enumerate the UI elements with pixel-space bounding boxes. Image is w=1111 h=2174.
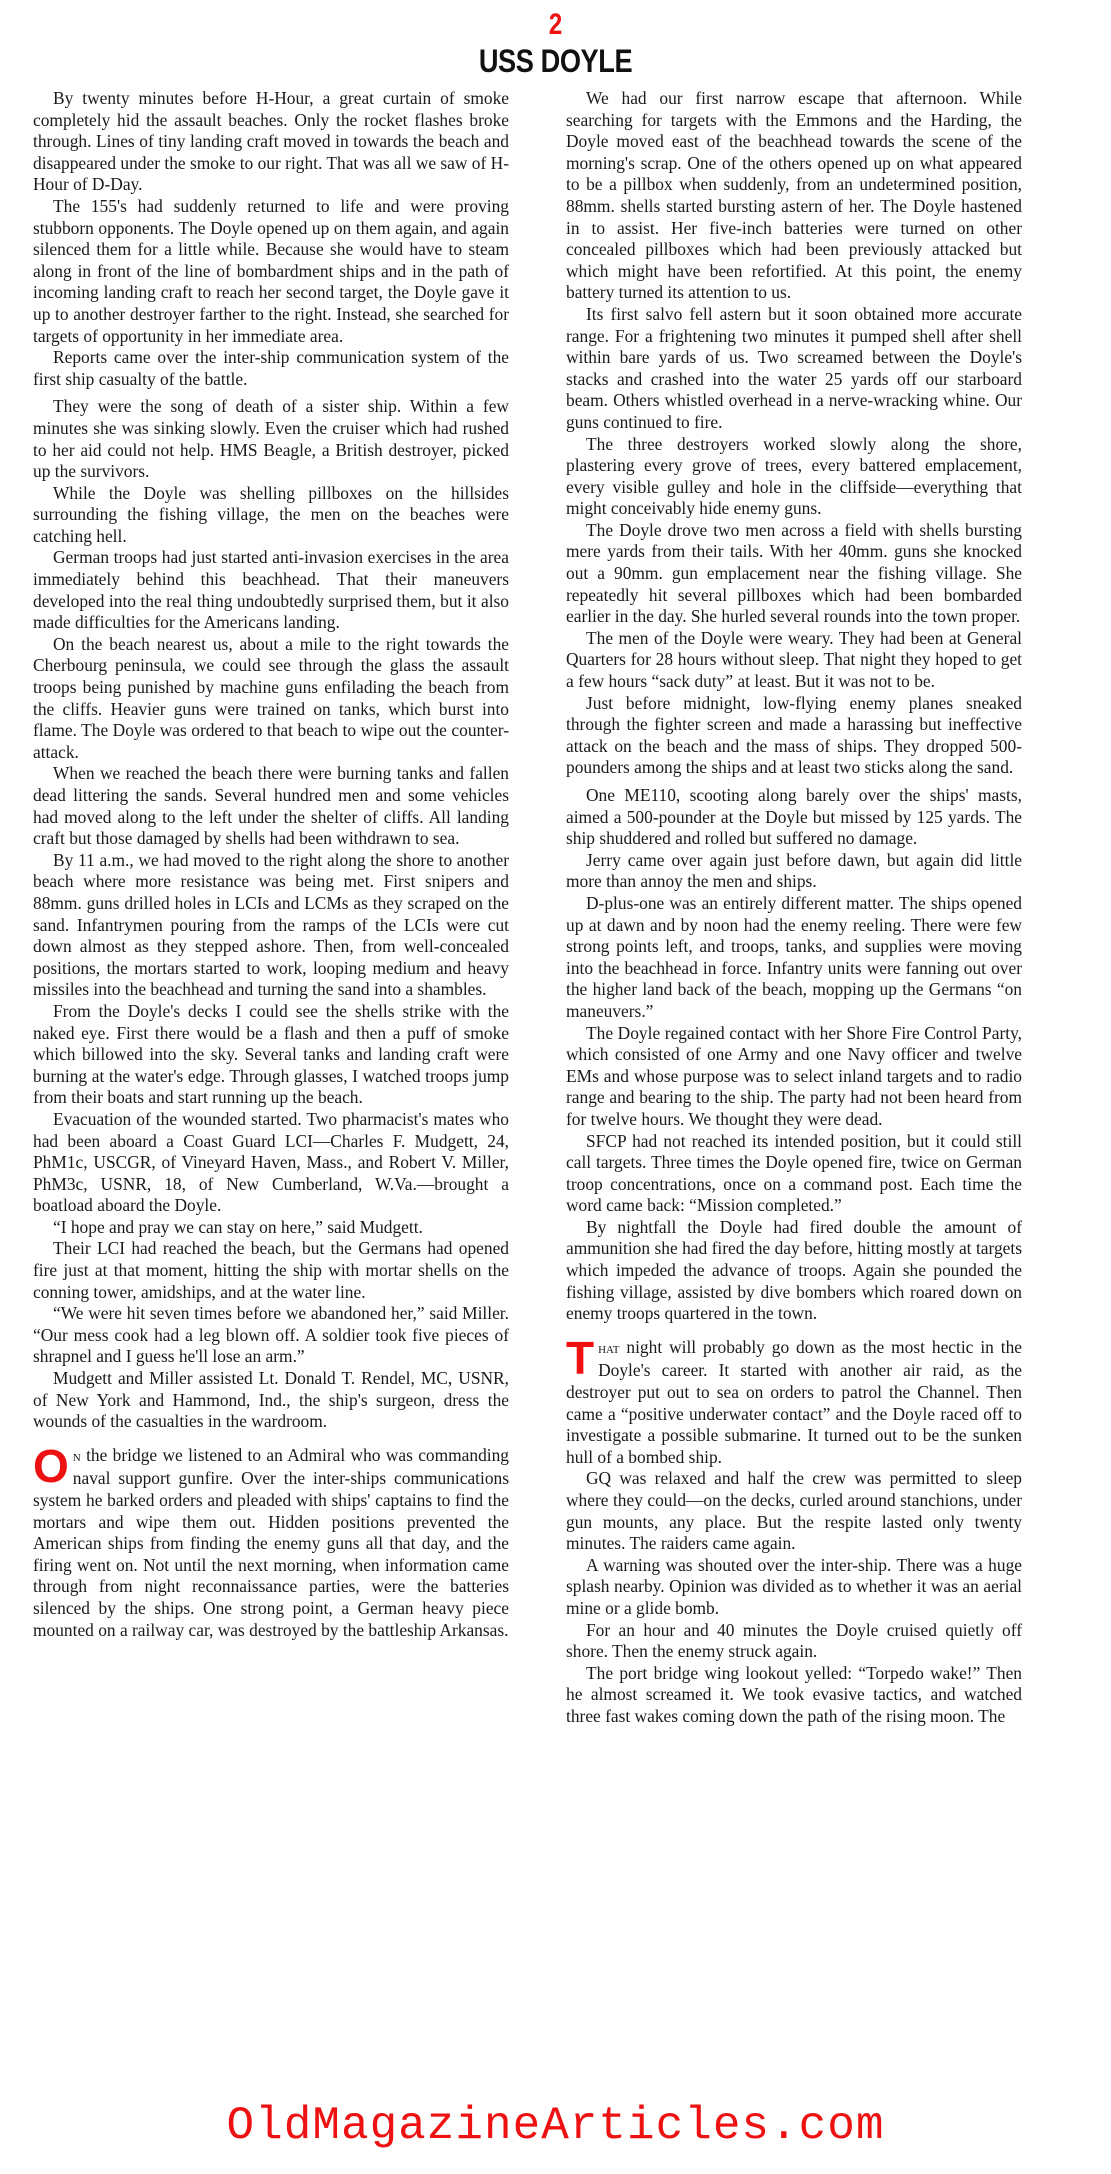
paragraph: A warning was shouted over the inter-shi… [566, 1555, 1022, 1620]
dropcap-letter: T [566, 1339, 594, 1377]
left-column: By twenty minutes before H-Hour, a great… [33, 88, 509, 1641]
paragraph: The three destroyers worked slowly along… [566, 434, 1022, 520]
section-paragraph: THAT night will probably go down as the … [566, 1337, 1022, 1469]
footer-brand-logo: OldMagazineArticles.com [0, 2100, 1111, 2152]
paragraph: Jerry came over again just before dawn, … [566, 850, 1022, 893]
paragraph: The men of the Doyle were weary. They ha… [566, 628, 1022, 693]
paragraph: Just before midnight, low-flying enemy p… [566, 693, 1022, 779]
paragraph: One ME110, scooting along barely over th… [566, 785, 1022, 850]
paragraph: They were the song of death of a sister … [33, 396, 509, 482]
paragraph: Their LCI had reached the beach, but the… [33, 1238, 509, 1303]
paragraph: “I hope and pray we can stay on here,” s… [33, 1217, 509, 1239]
paragraph: SFCP had not reached its intended positi… [566, 1131, 1022, 1217]
paragraph: While the Doyle was shelling pillboxes o… [33, 483, 509, 548]
paragraph: Its first salvo fell astern but it soon … [566, 304, 1022, 434]
dropcap-letter: O [33, 1447, 69, 1485]
paragraph: The Doyle regained contact with her Shor… [566, 1023, 1022, 1131]
paragraph: “We were hit seven times before we aband… [33, 1303, 509, 1368]
paragraph: The port bridge wing lookout yelled: “To… [566, 1663, 1022, 1728]
page-number: 2 [111, 8, 1000, 42]
paragraph: We had our first narrow escape that afte… [566, 88, 1022, 304]
section-text: night will probably go down as the most … [566, 1337, 1022, 1467]
paragraph: GQ was relaxed and half the crew was per… [566, 1468, 1022, 1554]
paragraph: For an hour and 40 minutes the Doyle cru… [566, 1620, 1022, 1663]
lead-smallcaps: N [73, 1449, 81, 1465]
paragraph: By twenty minutes before H-Hour, a great… [33, 88, 509, 196]
page-title: USS DOYLE [83, 43, 1027, 79]
paragraph: Evacuation of the wounded started. Two p… [33, 1109, 509, 1217]
paragraph: On the beach nearest us, about a mile to… [33, 634, 509, 764]
section-text: the bridge we listened to an Admiral who… [33, 1445, 509, 1640]
paragraph: The Doyle drove two men across a field w… [566, 520, 1022, 628]
paragraph: German troops had just started anti-inva… [33, 547, 509, 633]
paragraph: By 11 a.m., we had moved to the right al… [33, 850, 509, 1001]
paragraph: Reports came over the inter-ship communi… [33, 347, 509, 390]
lead-smallcaps: HAT [598, 1341, 619, 1357]
right-column: We had our first narrow escape that afte… [566, 88, 1022, 1728]
paragraph: The 155's had suddenly returned to life … [33, 196, 509, 347]
paragraph: D-plus-one was an entirely different mat… [566, 893, 1022, 1023]
section-paragraph: ON the bridge we listened to an Admiral … [33, 1445, 509, 1641]
paragraph: Mudgett and Miller assisted Lt. Donald T… [33, 1368, 509, 1433]
paragraph: When we reached the beach there were bur… [33, 763, 509, 849]
paragraph: From the Doyle's decks I could see the s… [33, 1001, 509, 1109]
paragraph: By nightfall the Doyle had fired double … [566, 1217, 1022, 1325]
